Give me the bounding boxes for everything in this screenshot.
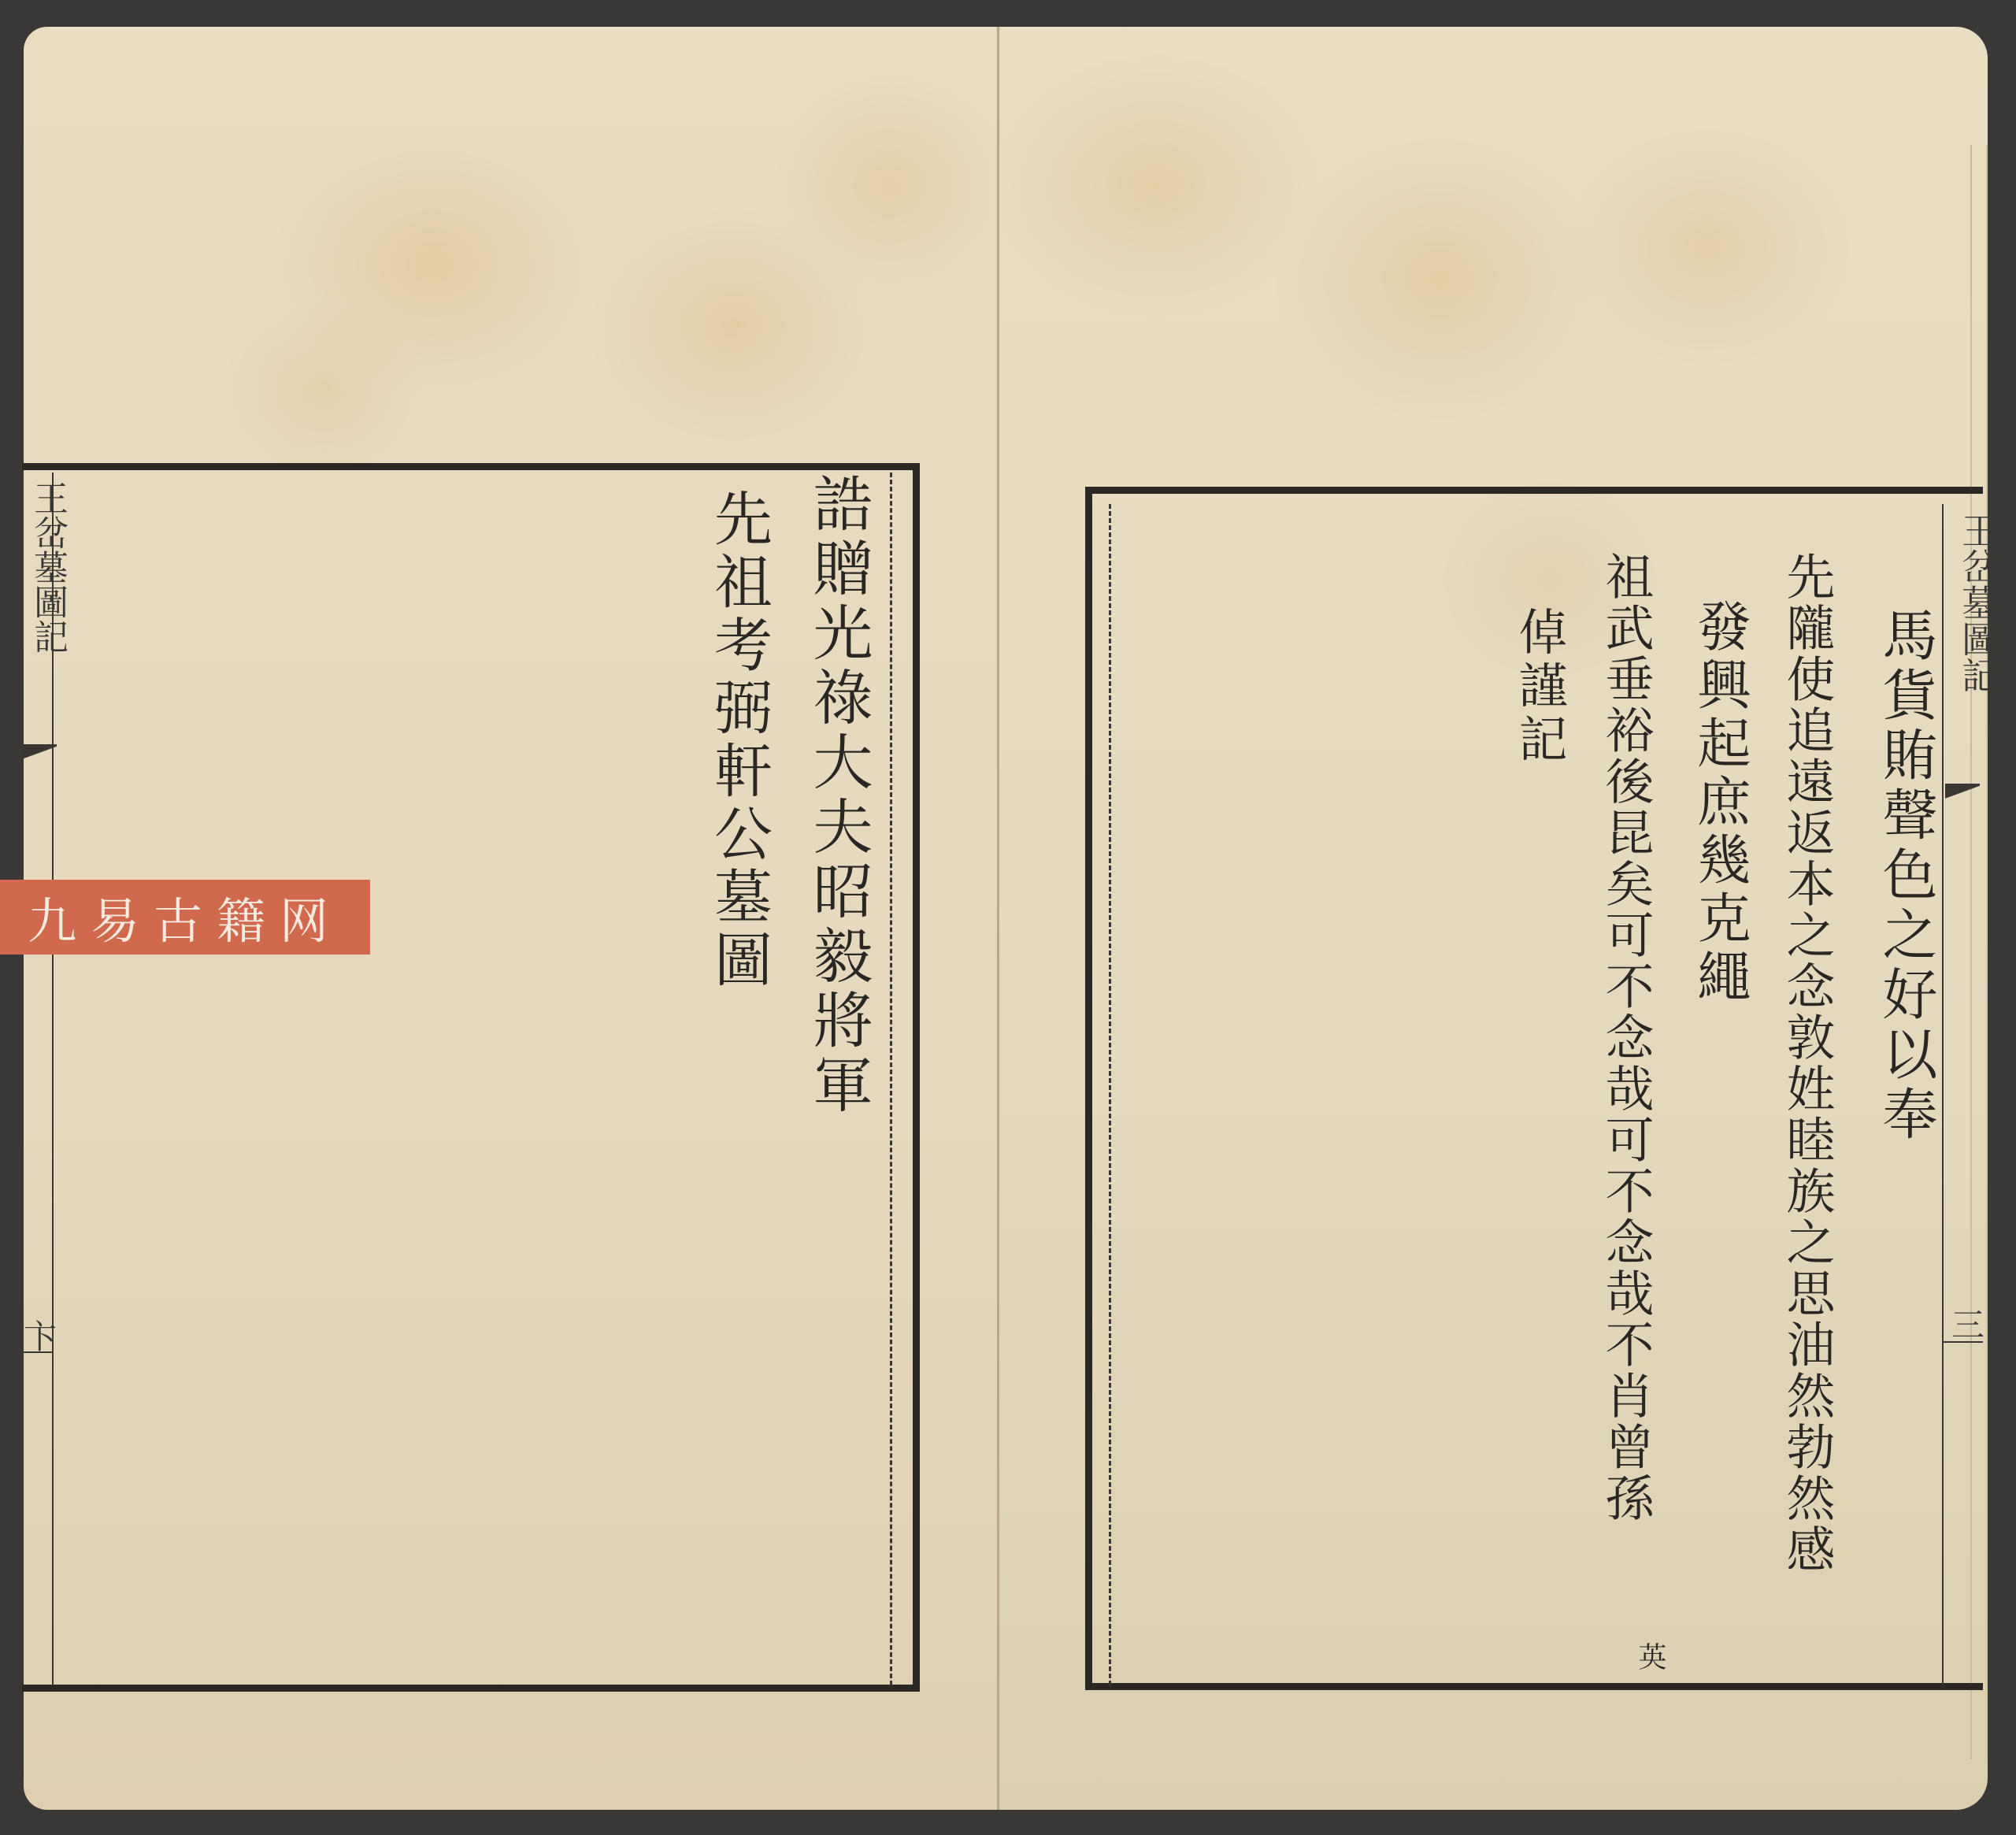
left-inner-rule	[890, 473, 892, 1685]
left-column-title-2: 先祖考弼軒公墓圖	[697, 488, 780, 992]
right-inner-rule	[1109, 504, 1111, 1685]
right-page-number: 三	[1951, 1299, 1984, 1347]
right-column-5-signature: 倬謹記	[1504, 606, 1574, 767]
right-small-note: 英	[1630, 1642, 1670, 1670]
right-column-3: 發興起庶幾克繩	[1681, 599, 1758, 1006]
left-page-number: 卞	[24, 1311, 57, 1359]
book-gutter	[997, 27, 999, 1810]
bleed-through-text	[1126, 567, 1194, 1591]
brand-watermark: 九易古籍网	[0, 880, 370, 955]
left-text-frame	[22, 463, 920, 1692]
left-fish-tail-mark	[22, 744, 57, 768]
right-margin-title: 王岔墓圖記	[1951, 512, 2003, 693]
right-column-4: 祖武垂裕後昆矣可不念哉可不念哉不肖曾孫	[1591, 551, 1661, 1524]
left-column-title-1: 誥贈光祿大夫昭毅將軍	[795, 473, 881, 1118]
right-column-2: 先隴使追遠返本之念敦姓睦族之思油然勃然感	[1772, 551, 1842, 1575]
left-margin-rule	[52, 473, 54, 1685]
left-margin-title: 王岔墓圖記	[22, 480, 72, 654]
right-fish-tail-mark	[1945, 784, 1980, 807]
right-column-1: 馬貨賄聲色之好以奉	[1866, 606, 1946, 1145]
